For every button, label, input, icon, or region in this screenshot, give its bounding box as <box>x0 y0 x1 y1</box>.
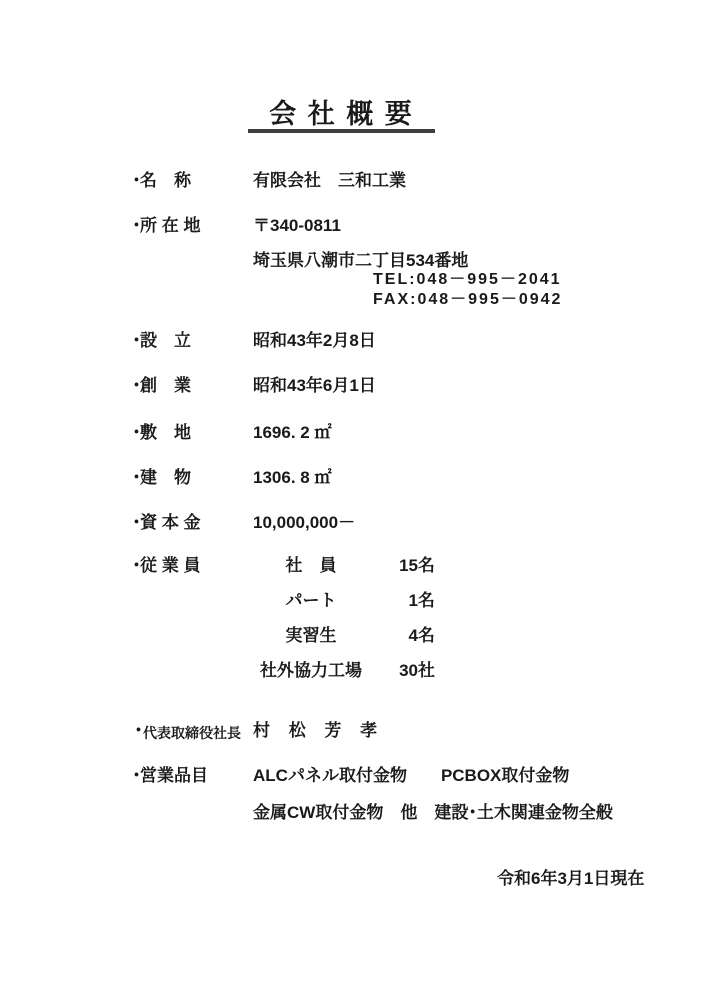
field-established-row: ・ 設 立 昭和43年2月8日 <box>0 331 707 353</box>
field-location-postal-code: 〒340-0811 <box>253 216 341 236</box>
field-business-items-line1: ALCパネル取付金物 PCBOX取付金物 <box>253 766 569 786</box>
field-building-row: ・ 建 物 1306. 8 ㎡ <box>0 468 707 490</box>
employee-category: 社 員 <box>255 556 367 576</box>
employee-count: 1名 <box>383 591 435 611</box>
employee-item-row: 社外協力工場 30社 <box>0 661 707 683</box>
employee-count: 15名 <box>383 556 435 576</box>
company-profile-document: 会 社 概 要 ・ 名 称 有限会社 三和工業 ・ 所 在 地 〒340-081… <box>0 0 707 1000</box>
as-of-date: 令和6年3月1日現在 <box>497 864 644 889</box>
field-established-value: 昭和43年2月8日 <box>253 331 376 351</box>
employee-item-row: 実習生 4名 <box>0 626 707 648</box>
field-location-row: ・ 所 在 地 〒340-0811 <box>0 216 707 238</box>
field-business-items-row: ・ 営業品目 ALCパネル取付金物 PCBOX取付金物 <box>0 766 707 788</box>
employee-count: 30社 <box>383 661 435 681</box>
field-president-row: ・ 代表取締役社長 村 松 芳 孝 <box>0 721 707 743</box>
field-founded-label: 創 業 <box>140 376 191 396</box>
field-location-fax: FAX:048－995－0942 <box>373 286 562 309</box>
field-business-items-line2: 金属CW取付金物 他 建設･土木関連金物全般 <box>253 798 613 823</box>
field-capital-row: ・ 資 本 金 10,000,000－ <box>0 513 707 535</box>
field-founded-row: ・ 創 業 昭和43年6月1日 <box>0 376 707 398</box>
employee-category: 社外協力工場 <box>255 661 367 681</box>
field-capital-label: 資 本 金 <box>140 513 200 533</box>
field-site-area-value: 1696. 2 ㎡ <box>253 423 331 443</box>
employee-count: 4名 <box>383 626 435 646</box>
field-founded-value: 昭和43年6月1日 <box>253 376 376 396</box>
field-business-items-label: 営業品目 <box>140 766 208 786</box>
field-building-value: 1306. 8 ㎡ <box>253 468 331 488</box>
field-building-label: 建 物 <box>140 468 191 488</box>
field-president-value: 村 松 芳 孝 <box>253 721 384 741</box>
employee-item-row: パート 1名 <box>0 591 707 613</box>
page-title: 会 社 概 要 <box>248 100 435 133</box>
field-name-value: 有限会社 三和工業 <box>253 171 406 191</box>
field-name-row: ・ 名 称 有限会社 三和工業 <box>0 171 707 193</box>
field-site-area-label: 敷 地 <box>140 423 191 443</box>
field-name-label: 名 称 <box>140 171 191 191</box>
employee-category: 実習生 <box>255 626 367 646</box>
employee-item-row: 社 員 15名 <box>0 556 707 578</box>
employee-category: パート <box>255 591 367 611</box>
field-location-label: 所 在 地 <box>140 216 200 236</box>
field-president-label: 代表取締役社長 <box>143 723 241 743</box>
field-site-area-row: ・ 敷 地 1696. 2 ㎡ <box>0 423 707 445</box>
field-capital-value: 10,000,000－ <box>253 513 355 533</box>
field-established-label: 設 立 <box>140 331 191 351</box>
